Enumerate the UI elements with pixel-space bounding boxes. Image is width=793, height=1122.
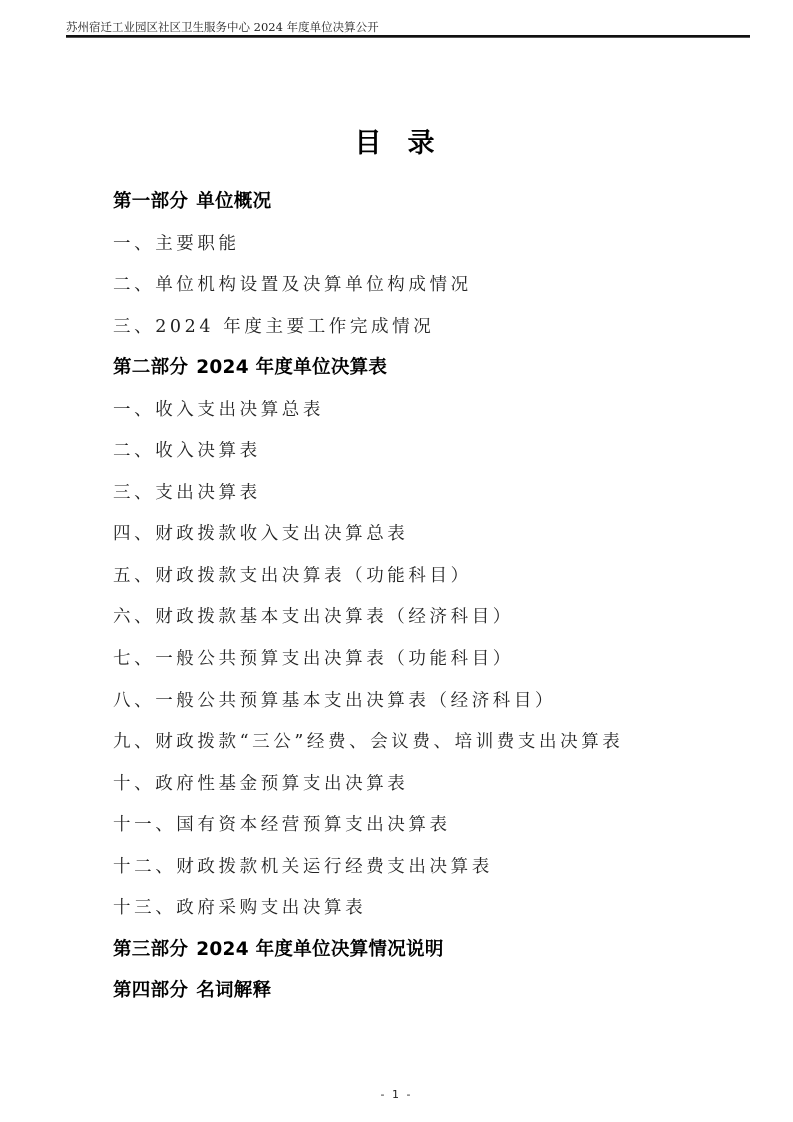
- toc-entry-operating-expenses[interactable]: 十二、财政拨款机关运行经费支出决算表: [113, 852, 733, 894]
- toc-entry-work-completion[interactable]: 三、2024 年度主要工作完成情况: [113, 312, 733, 354]
- toc-part-4[interactable]: 第四部分名词解释: [113, 976, 733, 1018]
- toc-entry-org-structure[interactable]: 二、单位机构设置及决算单位构成情况: [113, 270, 733, 312]
- toc-part-2[interactable]: 第二部分2024 年度单位决算表: [113, 353, 733, 395]
- toc-entry-government-fund[interactable]: 十、政府性基金预算支出决算表: [113, 769, 733, 811]
- toc-entry-fiscal-summary[interactable]: 四、财政拨款收入支出决算总表: [113, 519, 733, 561]
- table-of-contents: 第一部分单位概况 一、主要职能 二、单位机构设置及决算单位构成情况 三、2024…: [113, 187, 733, 1018]
- toc-part-3[interactable]: 第三部分2024 年度单位决算情况说明: [113, 935, 733, 977]
- toc-entry-general-budget-basic-economic[interactable]: 八、一般公共预算基本支出决算表（经济科目）: [113, 686, 733, 728]
- toc-part-1[interactable]: 第一部分单位概况: [113, 187, 733, 229]
- toc-title: 目录: [0, 126, 793, 162]
- toc-entry-main-functions[interactable]: 一、主要职能: [113, 229, 733, 271]
- toc-entry-state-capital[interactable]: 十一、国有资本经营预算支出决算表: [113, 810, 733, 852]
- toc-entry-fiscal-expense-functional[interactable]: 五、财政拨款支出决算表（功能科目）: [113, 561, 733, 603]
- page-number: - 1 -: [0, 1087, 793, 1103]
- part-label: 名词解释: [196, 980, 271, 1001]
- toc-entry-general-budget-functional[interactable]: 七、一般公共预算支出决算表（功能科目）: [113, 644, 733, 686]
- toc-entry-fiscal-basic-economic[interactable]: 六、财政拨款基本支出决算表（经济科目）: [113, 602, 733, 644]
- part-label: 单位概况: [196, 191, 271, 212]
- toc-entry-income-expense-summary[interactable]: 一、收入支出决算总表: [113, 395, 733, 437]
- header-divider: [66, 35, 750, 38]
- part-number: 第二部分: [113, 357, 188, 378]
- part-number: 第四部分: [113, 980, 188, 1001]
- toc-entry-income-table[interactable]: 二、收入决算表: [113, 436, 733, 478]
- part-label: 2024 年度单位决算情况说明: [196, 939, 443, 960]
- part-number: 第一部分: [113, 191, 188, 212]
- part-number: 第三部分: [113, 939, 188, 960]
- toc-entry-three-public-expenses[interactable]: 九、财政拨款“三公”经费、会议费、培训费支出决算表: [113, 727, 733, 769]
- part-label: 2024 年度单位决算表: [196, 357, 387, 378]
- toc-entry-procurement[interactable]: 十三、政府采购支出决算表: [113, 893, 733, 935]
- toc-entry-expense-table[interactable]: 三、支出决算表: [113, 478, 733, 520]
